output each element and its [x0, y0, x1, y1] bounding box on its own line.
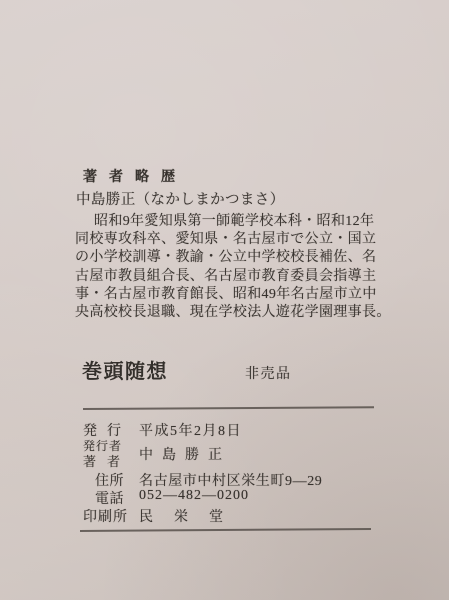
colophon-label-address: 住所	[95, 470, 124, 490]
bio-line: 昭和9年愛知県第一師範学校本科・昭和12年	[75, 213, 390, 231]
colophon-publisher-author-name: 中島勝正	[139, 444, 231, 464]
not-for-sale-label: 非売品	[245, 363, 292, 383]
colophon-address-value: 名古屋市中村区栄生町9—29	[139, 470, 322, 490]
bio-line: 央高校校長退職、現在学校法人遊花学園理事長。	[75, 304, 390, 322]
colophon-phone-number: 052—482—0200	[139, 488, 249, 504]
colophon-label-phone: 電話	[95, 488, 124, 508]
colophon-label-author: 著者	[83, 451, 131, 470]
colophon-issue-date: 平成5年2月8日	[139, 420, 242, 440]
divider-rule-top	[83, 406, 374, 409]
author-bio-heading: 著者略歴	[83, 166, 187, 186]
colophon-label-printer: 印刷所	[83, 506, 128, 526]
author-bio-paragraph: 昭和9年愛知県第一師範学校本科・昭和12年 同校専攻科卒、愛知県・名古屋市で公立…	[75, 213, 390, 322]
bio-line: 同校専攻科卒、愛知県・名古屋市で公立・国立	[75, 231, 390, 249]
bio-line: 事・名古屋市教育館長、昭和49年名古屋市立中	[75, 286, 390, 304]
colophon-printer-name: 民栄堂	[139, 506, 244, 526]
author-name-with-reading: 中島勝正（なかしまかつまさ）	[76, 188, 285, 209]
book-colophon-page-photo: 著者略歴 中島勝正（なかしまかつまさ） 昭和9年愛知県第一師範学校本科・昭和12…	[0, 0, 449, 600]
bio-line: の小学校訓導・教諭・公立中学校校長補佐、名	[75, 249, 390, 267]
bio-line: 古屋市教員組合長、名古屋市教育委員会指導主	[75, 268, 390, 286]
divider-rule-bottom	[80, 528, 371, 532]
book-title: 巻頭随想	[82, 355, 168, 384]
